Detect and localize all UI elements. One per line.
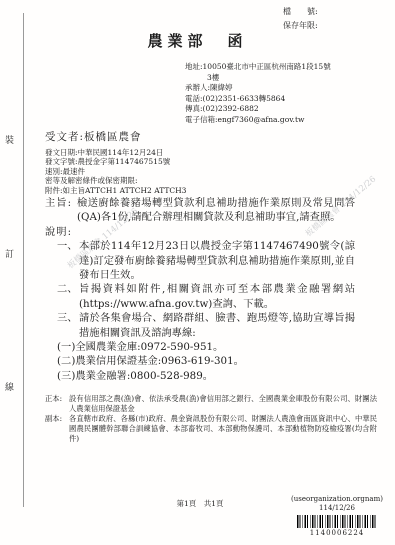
distribution-copy: 副本: 各直轄市政府、各縣(市)政府、農金資訊股份有限公司、財團法人農漁會南區資… <box>45 414 377 444</box>
item-text: 旨揭資料如附件,相關資訊亦可至本部農業金融署網站(https://www.afn… <box>79 282 355 311</box>
address-line-1: 地址:10050臺北市中正區杭州南路1段15號 <box>185 62 331 73</box>
official-letter-page: 裝 訂 線 檔 號: 保存年限: 農業部 函 地址:10050臺北市中正區杭州南… <box>0 0 395 545</box>
letter-body: 主旨: 檢送廚餘養豬場轉型貸款利息補助措施作業原則及常見問答(QA)各1份,請配… <box>45 196 355 383</box>
binding-mark-xian: 線 <box>5 380 14 393</box>
carbon-copy-text: 各直轄市政府、各縣(市)政府、農金資訊股份有限公司、財團法人農漁會南區資訊中心、… <box>69 414 377 444</box>
print-date: 114/12/26 <box>288 504 386 513</box>
description-item-2: 二、 旨揭資料如附件,相關資訊亦可至本部農業金融署網站(https://www.… <box>45 282 355 311</box>
issue-date: 發文日期:中華民國114年12月24日 <box>45 148 186 157</box>
hotline-line-3: (三)農業金融署:0800-528-989。 <box>45 369 355 383</box>
contact-fax: 傳真:(02)2392-6882 <box>185 104 331 115</box>
original-copy-text: 設有信用部之農(漁)會、依法承受農(漁)會信用部之銀行、全國農業金庫股份有限公司… <box>69 394 377 414</box>
attachment-note: 附件:如主旨ATTCH1 ATTCH2 ATTCH3 <box>45 186 186 195</box>
footer-page-info: 第1頁 共1頁 <box>140 498 260 509</box>
contact-phone: 電話:(02)2351-6633轉5864 <box>185 94 331 105</box>
subject-text: 檢送廚餘養豬場轉型貸款利息補助措施作業原則及常見問答(QA)各1份,請配合辦理相… <box>77 196 355 225</box>
item-text: 請於各集會場合、網路群組、臉書、跑馬燈等,協助宣導旨揭措施相關資訊及諮詢專線: <box>79 311 355 340</box>
document-number: 發文字號:農授金字第1147467515號 <box>45 157 186 166</box>
item-number: 二、 <box>57 282 79 311</box>
original-copy-label: 正本: <box>45 394 69 414</box>
binding-mark-zhuang: 裝 <box>5 133 14 146</box>
contact-person: 承辦人:陳緯婷 <box>185 83 331 94</box>
org-placeholder: (useorganization.orgnam) <box>288 495 386 504</box>
priority-level: 速別:最速件 <box>45 167 186 176</box>
recipient-line: 受文者:板橋區農會 <box>45 129 142 144</box>
document-title: 農業部 函 <box>0 30 395 51</box>
description-label: 說明: <box>45 225 355 239</box>
file-number-label: 檔 號: <box>283 5 318 19</box>
binding-line <box>23 13 24 507</box>
contact-email: 電子信箱:engf7360@afna.gov.tw <box>185 115 331 126</box>
item-text: 本部於114年12月23日以農授金字第1147467490號令(諒達)訂定發布廚… <box>79 239 355 282</box>
description-item-1: 一、 本部於114年12月23日以農授金字第1147467490號令(諒達)訂定… <box>45 239 355 282</box>
address-line-2: 3樓 <box>185 73 331 84</box>
subject-label: 主旨: <box>45 196 77 225</box>
meta-block: 發文日期:中華民國114年12月24日 發文字號:農授金字第1147467515… <box>45 148 186 195</box>
carbon-copy-label: 副本: <box>45 414 69 444</box>
distribution-original: 正本: 設有信用部之農(漁)會、依法承受農(漁)會信用部之銀行、全國農業金庫股份… <box>45 394 377 414</box>
footer-right-block: (useorganization.orgnam) 114/12/26 11400… <box>288 495 386 538</box>
barcode <box>297 515 377 528</box>
binding-mark-ding: 訂 <box>5 247 14 260</box>
description-item-3: 三、 請於各集會場合、網路群組、臉書、跑馬燈等,協助宣導旨揭措施相關資訊及諮詢專… <box>45 311 355 340</box>
subject-row: 主旨: 檢送廚餘養豬場轉型貸款利息補助措施作業原則及常見問答(QA)各1份,請配… <box>45 196 355 225</box>
barcode-number: 1140006224 <box>288 529 386 538</box>
hotline-line-1: (一)全國農業金庫:0972-590-951。 <box>45 340 355 354</box>
classification-block: 檔 號: 保存年限: <box>283 5 318 33</box>
item-number: 三、 <box>57 311 79 340</box>
contact-block: 地址:10050臺北市中正區杭州南路1段15號 3樓 承辦人:陳緯婷 電話:(0… <box>185 62 331 126</box>
hotline-line-2: (二)農業信用保證基金:0963-619-301。 <box>45 354 355 368</box>
distribution-block: 正本: 設有信用部之農(漁)會、依法承受農(漁)會信用部之銀行、全國農業金庫股份… <box>45 394 377 444</box>
security-classification: 密等及解密條件或保密期限: <box>45 176 186 185</box>
item-number: 一、 <box>57 239 79 282</box>
